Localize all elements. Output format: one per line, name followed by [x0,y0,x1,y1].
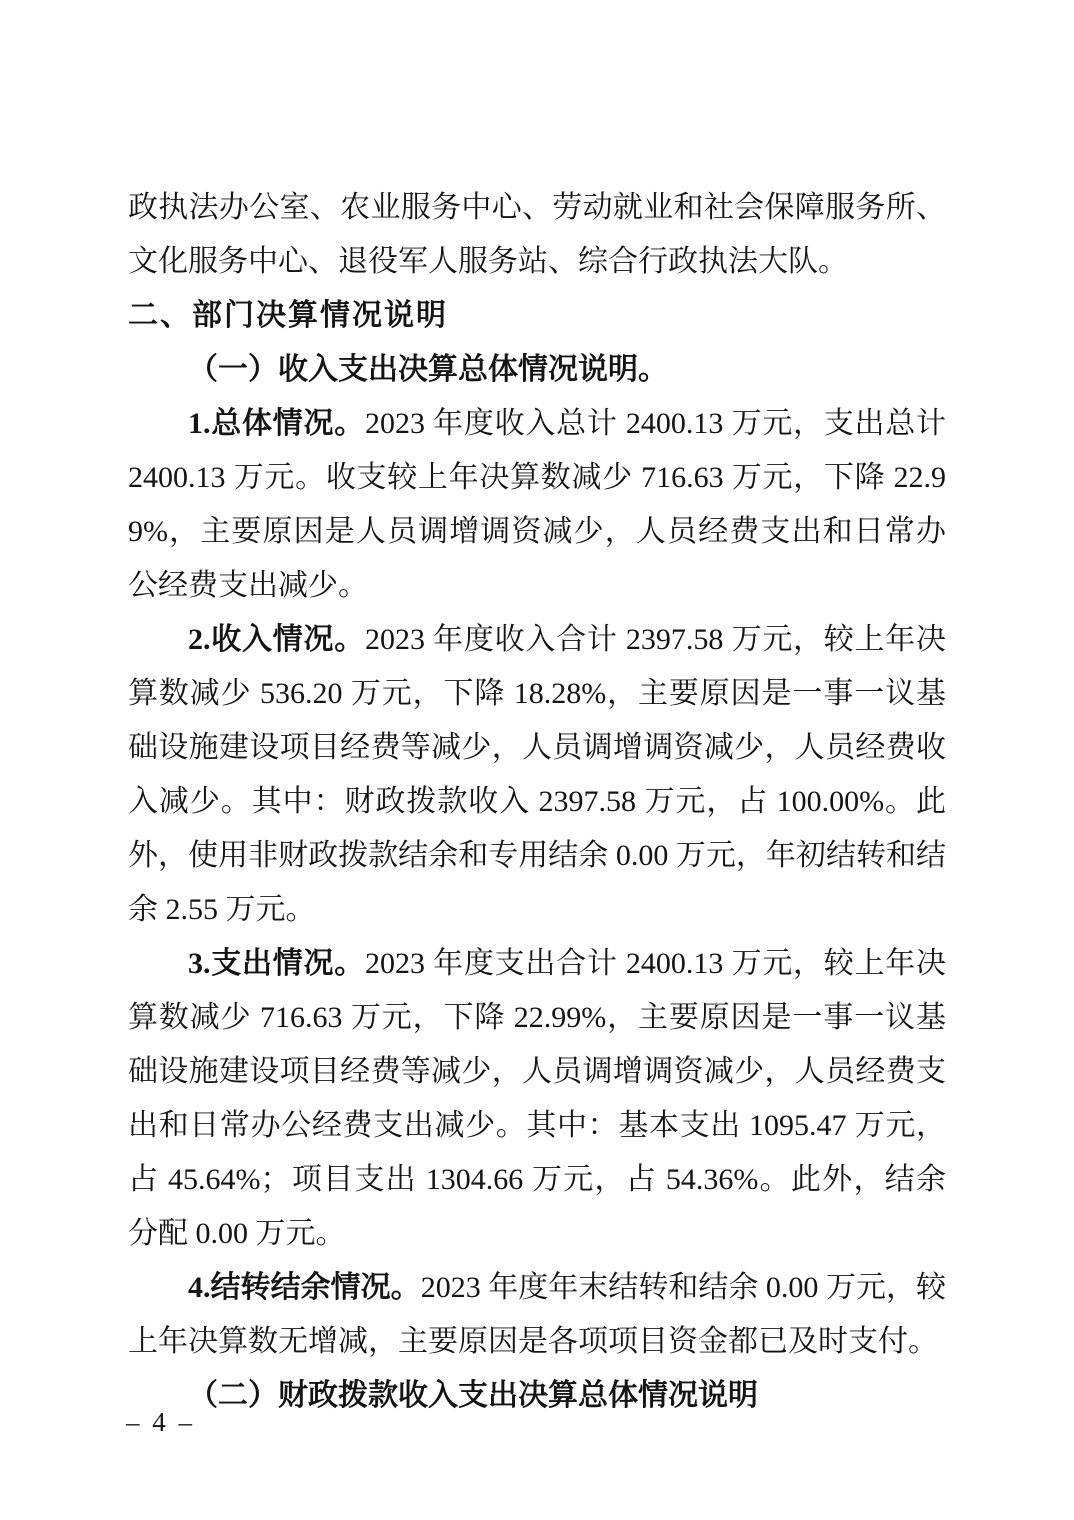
heading-section-two: 二、部门决算情况说明 [128,289,946,343]
paragraph-expenditure-situation-text: 2023 年度支出合计 2400.13 万元，较上年决算数减少 716.63 万… [128,947,946,1250]
paragraph-expenditure-situation-lead: 3.支出情况。 [188,947,365,980]
page-number: – 4 – [126,1406,195,1438]
paragraph-income-situation-lead: 2.收入情况。 [188,623,365,656]
paragraph-overall-situation: 1.总体情况。2023 年度收入总计 2400.13 万元，支出总计 2400.… [128,397,946,613]
paragraph-agency-list-continuation: 政执法办公室、农业服务中心、劳动就业和社会保障服务所、文化服务中心、退役军人服务… [128,181,946,289]
paragraph-income-situation-text: 2023 年度收入合计 2397.58 万元，较上年决算数减少 536.20 万… [128,623,946,926]
paragraph-overall-situation-lead: 1.总体情况。 [188,407,365,440]
document-page: 政执法办公室、农业服务中心、劳动就业和社会保障服务所、文化服务中心、退役军人服务… [0,0,1074,1520]
document-body: 政执法办公室、农业服务中心、劳动就业和社会保障服务所、文化服务中心、退役军人服务… [128,181,946,1423]
subheading-2-2-fiscal-appropriation: （二）财政拨款收入支出决算总体情况说明 [128,1369,946,1423]
paragraph-carryover-situation: 4.结转结余情况。2023 年度年末结转和结余 0.00 万元，较上年决算数无增… [128,1261,946,1369]
subheading-2-1-overall-income-expenditure: （一）收入支出决算总体情况说明。 [128,343,946,397]
paragraph-income-situation: 2.收入情况。2023 年度收入合计 2397.58 万元，较上年决算数减少 5… [128,613,946,937]
paragraph-carryover-situation-lead: 4.结转结余情况。 [188,1271,421,1304]
paragraph-expenditure-situation: 3.支出情况。2023 年度支出合计 2400.13 万元，较上年决算数减少 7… [128,937,946,1261]
